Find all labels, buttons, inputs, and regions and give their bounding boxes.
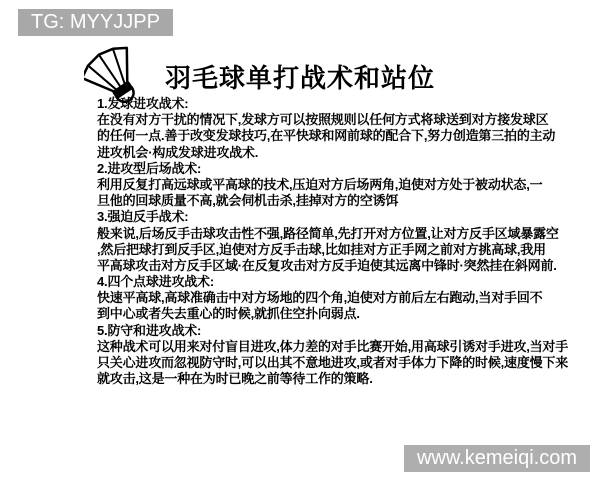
site-watermark-badge: www.kemeiqi.com xyxy=(404,445,590,472)
document-body: 1.发球进攻战术: 在没有对方干扰的情况下,发球方可以按照规则以任何方式将球送到… xyxy=(97,96,557,387)
section-5-heading: 5.防守和进攻战术: xyxy=(97,323,557,339)
section-1-line: 进攻机会·构成发球进攻战术. xyxy=(97,145,557,161)
section-2-line: 旦他的回球质量不高,就会伺机击杀,挂掉对方的空诱饵 xyxy=(97,193,557,209)
section-4-line: 快速平高球,高球准确击中对方场地的四个角,迫使对方前后左右跑动,当对手回不 xyxy=(97,290,557,306)
section-5-line: 这种战术可以用来对付盲目进攻,体力差的对手比赛开始,用高球引诱对手进攻,当对手 xyxy=(97,339,557,355)
section-1-line: 的任何一点.善于改变发球技巧,在平快球和网前球的配合下,努力创造第三拍的主动 xyxy=(97,128,557,144)
section-5-line: 只关心进攻而忽视防守时,可以出其不意地进攻,或者对手体力下降的时候,速度慢下来 xyxy=(97,355,557,371)
section-4-line: 到中心或者失去重心的时候,就抓住空扑向弱点. xyxy=(97,306,557,322)
section-2-heading: 2.进攻型后场战术: xyxy=(97,161,557,177)
section-4-heading: 4.四个点球进攻战术: xyxy=(97,274,557,290)
section-5-line: 就攻击,这是一种在为时已晚之前等待工作的策略. xyxy=(97,371,557,387)
section-1-line: 在没有对方干扰的情况下,发球方可以按照规则以任何方式将球送到对方接发球区 xyxy=(97,112,557,128)
document-page: TG: MYYJJPP 羽毛球单打战术和站位 1.发球进攻战术: 在没有对方干扰… xyxy=(0,0,600,480)
section-3-line: 般来说,后场反手击球攻击性不强,路径简单,先打开对方位置,让对方反手区域暴露空 xyxy=(97,226,557,242)
tg-watermark-badge: TG: MYYJJPP xyxy=(18,9,173,36)
section-3-line: ,然后把球打到反手区,迫使对方反手击球,比如挂对方正手网之前对方挑高球,我用 xyxy=(97,242,557,258)
section-1-heading: 1.发球进攻战术: xyxy=(97,96,557,112)
section-2-line: 利用反复打高远球或平高球的技术,压迫对方后场两角,迫使对方处于被动状态,一 xyxy=(97,177,557,193)
page-title: 羽毛球单打战术和站位 xyxy=(0,58,600,95)
section-3-heading: 3.强迫反手战术: xyxy=(97,209,557,225)
section-3-line: 平高球攻击对方反手区域·在反复攻击对方反手迫使其远离中锋时·突然挂在斜网前. xyxy=(97,258,557,274)
